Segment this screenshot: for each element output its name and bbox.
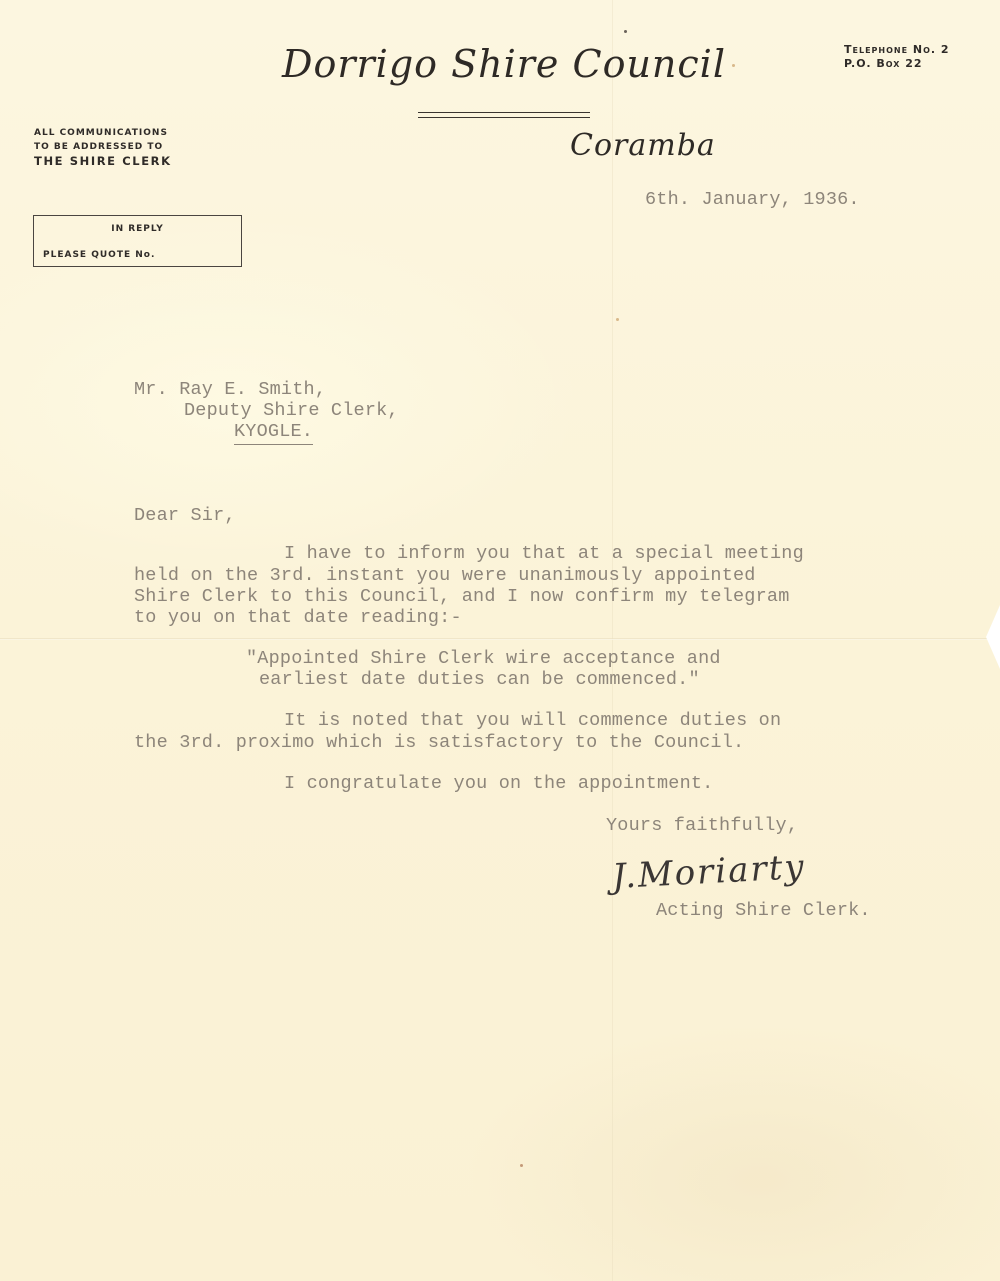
council-name: Dorrigo Shire Council — [282, 42, 726, 86]
reply-box-heading: IN REPLY — [34, 224, 241, 234]
reply-reference-box: IN REPLY PLEASE QUOTE No. — [33, 215, 242, 267]
recipient-place: KYOGLE. — [234, 421, 313, 445]
recipient-name: Mr. Ray E. Smith, — [134, 379, 326, 400]
communications-line-3: THE SHIRE CLERK — [34, 154, 172, 168]
paper-fold-vertical — [612, 0, 613, 1281]
recipient-title: Deputy Shire Clerk, — [184, 400, 399, 421]
council-location: Coramba — [570, 128, 716, 163]
paper-fold-horizontal — [0, 638, 1000, 640]
telegram-line-2: earliest date duties can be commenced." — [259, 669, 700, 690]
letter-page: Dorrigo Shire Council Coramba ALL COMMUN… — [0, 0, 1000, 1281]
communications-line-2: TO BE ADDRESSED TO — [34, 140, 172, 154]
paragraph-1-line-4: to you on that date reading:- — [134, 607, 462, 628]
paragraph-1-line-1: I have to inform you that at a special m… — [284, 543, 804, 564]
paragraph-1-line-2: held on the 3rd. instant you were unanim… — [134, 565, 756, 586]
telephone-number: Telephone No. 2 — [844, 43, 950, 57]
paragraph-2-line-2: the 3rd. proximo which is satisfactory t… — [134, 732, 744, 753]
paragraph-2-line-1: It is noted that you will commence dutie… — [284, 710, 781, 731]
letterhead-double-rule — [418, 112, 590, 118]
letter-date: 6th. January, 1936. — [645, 189, 860, 210]
salutation: Dear Sir, — [134, 505, 236, 526]
po-box: P.O. Box 22 — [844, 57, 950, 71]
paragraph-1-line-3: Shire Clerk to this Council, and I now c… — [134, 586, 790, 607]
paper-speck — [732, 64, 735, 67]
contact-block: Telephone No. 2 P.O. Box 22 — [844, 43, 950, 71]
paragraph-3: I congratulate you on the appointment. — [284, 773, 713, 794]
telegram-line-1: "Appointed Shire Clerk wire acceptance a… — [246, 648, 721, 669]
paper-speck — [616, 318, 619, 321]
ink-speck — [624, 30, 627, 33]
communications-notice: ALL COMMUNICATIONS TO BE ADDRESSED TO TH… — [34, 126, 172, 168]
paper-speck — [520, 1164, 523, 1167]
closing: Yours faithfully, — [606, 815, 798, 836]
paper-tear — [986, 605, 1000, 669]
handwritten-signature: J.Moriarty — [611, 847, 806, 897]
communications-line-1: ALL COMMUNICATIONS — [34, 126, 172, 140]
reply-box-quote-label: PLEASE QUOTE No. — [43, 250, 155, 260]
signatory-title: Acting Shire Clerk. — [656, 900, 871, 921]
